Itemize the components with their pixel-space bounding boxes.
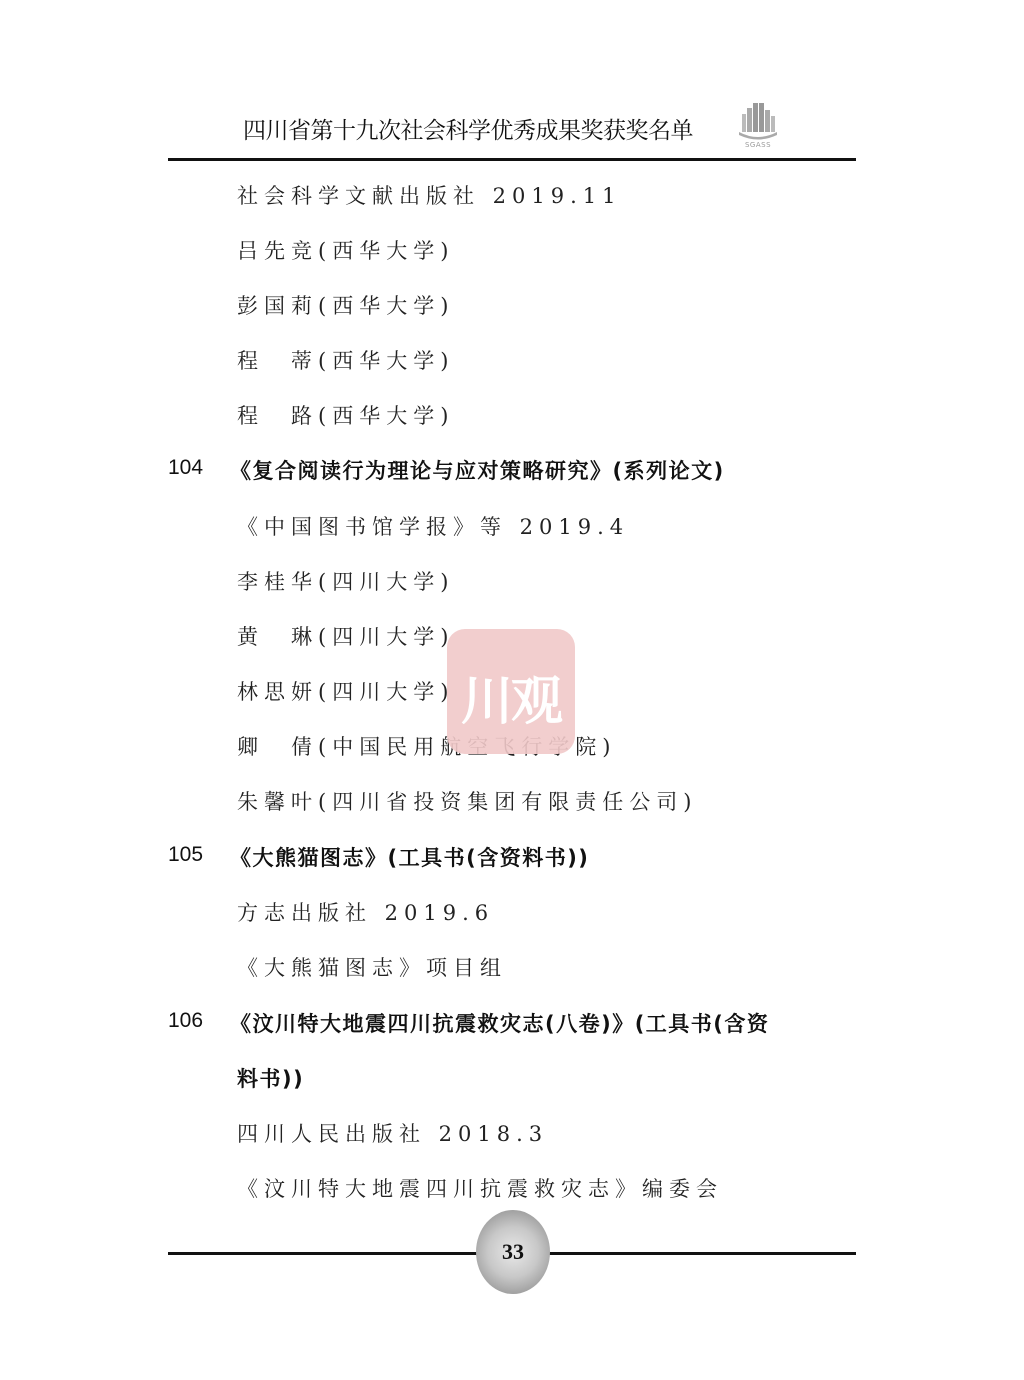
publisher-line: 四川人民出版社 2018.3 <box>237 1118 548 1148</box>
logo-text: SGASS <box>733 141 783 149</box>
entry-title: 《汶川特大地震四川抗震救灾志(八卷)》(工具书(含资 <box>230 1008 769 1038</box>
publisher-line: 方志出版社 2019.6 <box>237 897 494 927</box>
author-line: 《大熊猫图志》项目组 <box>237 952 507 982</box>
publisher-line: 社会科学文献出版社 2019.11 <box>237 180 622 210</box>
author-line: 李桂华(四川大学) <box>237 566 454 596</box>
entry-title: 《大熊猫图志》(工具书(含资料书)) <box>230 842 589 872</box>
author-line: 朱馨叶(四川省投资集团有限责任公司) <box>237 786 697 816</box>
page-number-medallion-icon: 33 <box>476 1210 550 1294</box>
header-title: 四川省第十九次社会科学优秀成果奖获奖名单 <box>243 112 693 145</box>
entry-title-continued: 料书)) <box>237 1063 304 1093</box>
entry-number: 104 <box>168 456 203 480</box>
entry-number: 106 <box>168 1009 203 1033</box>
author-line: 吕先竞(西华大学) <box>237 235 454 265</box>
page-number: 33 <box>502 1239 524 1265</box>
watermark-text: 川观 <box>461 659 561 734</box>
publisher-line: 《中国图书馆学报》等 2019.4 <box>237 511 629 541</box>
sgass-logo: SGASS <box>733 100 783 155</box>
chuanguan-watermark: 川观 <box>447 629 575 754</box>
author-line: 《汶川特大地震四川抗震救灾志》编委会 <box>237 1173 723 1203</box>
building-logo-icon <box>733 100 783 142</box>
author-line: 林思妍(四川大学) <box>237 676 454 706</box>
footer-divider-right <box>548 1252 856 1255</box>
author-line: 程 蒂(西华大学) <box>237 345 454 375</box>
author-line: 彭国莉(西华大学) <box>237 290 454 320</box>
entry-number: 105 <box>168 843 203 867</box>
footer-divider-left <box>168 1252 478 1255</box>
header-divider <box>168 158 856 161</box>
author-line: 黄 琳(四川大学) <box>237 621 454 651</box>
entry-title: 《复合阅读行为理论与应对策略研究》(系列论文) <box>230 455 725 485</box>
author-line: 程 路(西华大学) <box>237 400 454 430</box>
